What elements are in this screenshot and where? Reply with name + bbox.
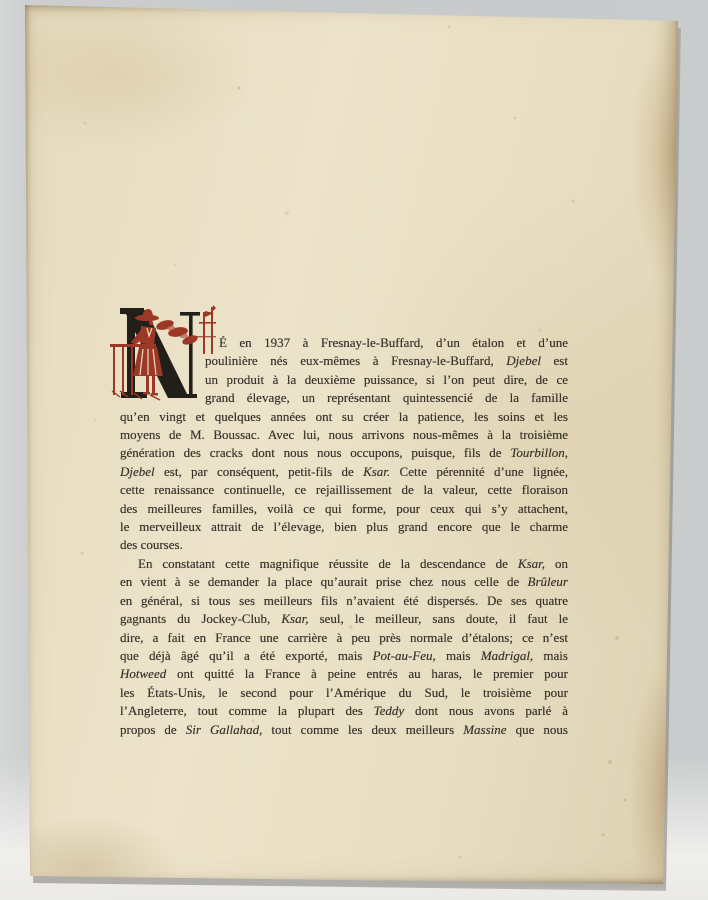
text-line: Hotweed ont quitté la France à peine ent… [120, 665, 568, 683]
body-text: É en 1937 à Fresnay-le-Buffard, d’un éta… [120, 334, 568, 739]
text-line: En constatant cette magnifique réussite … [120, 555, 568, 573]
text-line: des meilleures familles, voilà ce qui fo… [120, 500, 568, 518]
text-line: l’Angleterre, tout comme la plupart des … [120, 702, 568, 720]
text-line: génération des cracks dont nous nous occ… [120, 444, 568, 462]
text-line: le merveilleux attrait de l’élevage, bie… [120, 518, 568, 536]
text-line: en vient à se demander la place qu’aurai… [120, 573, 568, 591]
photo-of-book-page: N [0, 0, 708, 900]
text-line: propos de Sir Gallahad, tout comme les d… [120, 721, 568, 739]
text-line: un produit à la deuxième puissance, si l… [120, 371, 568, 389]
text-line: des courses. [120, 536, 568, 554]
text-line: qu’en vingt et quelques années ont su cr… [120, 408, 568, 426]
text-line: que déjà âgé qu’il a été exporté, mais P… [120, 647, 568, 665]
text-line: Djebel est, par conséquent, petit-fils d… [120, 463, 568, 481]
text-line: cette renaissance continuelle, ce rejail… [120, 481, 568, 499]
text-line: É en 1937 à Fresnay-le-Buffard, d’un éta… [120, 334, 568, 352]
text-line: gagnants du Jockey-Club, Ksar, seul, le … [120, 610, 568, 628]
text-line: poulinière nés eux-mêmes à Fresnay-le-Bu… [120, 352, 568, 370]
text-line: dire, a fait en France une carrière à pe… [120, 629, 568, 647]
text-line: les États-Unis, le second pour l’Amériqu… [120, 684, 568, 702]
text-line: moyens de M. Boussac. Avec lui, nous arr… [120, 426, 568, 444]
text-line: en général, si tous ses meilleurs fils n… [120, 592, 568, 610]
page-content: N [0, 0, 708, 900]
text-line: grand élevage, un représentant quintesse… [120, 389, 568, 407]
